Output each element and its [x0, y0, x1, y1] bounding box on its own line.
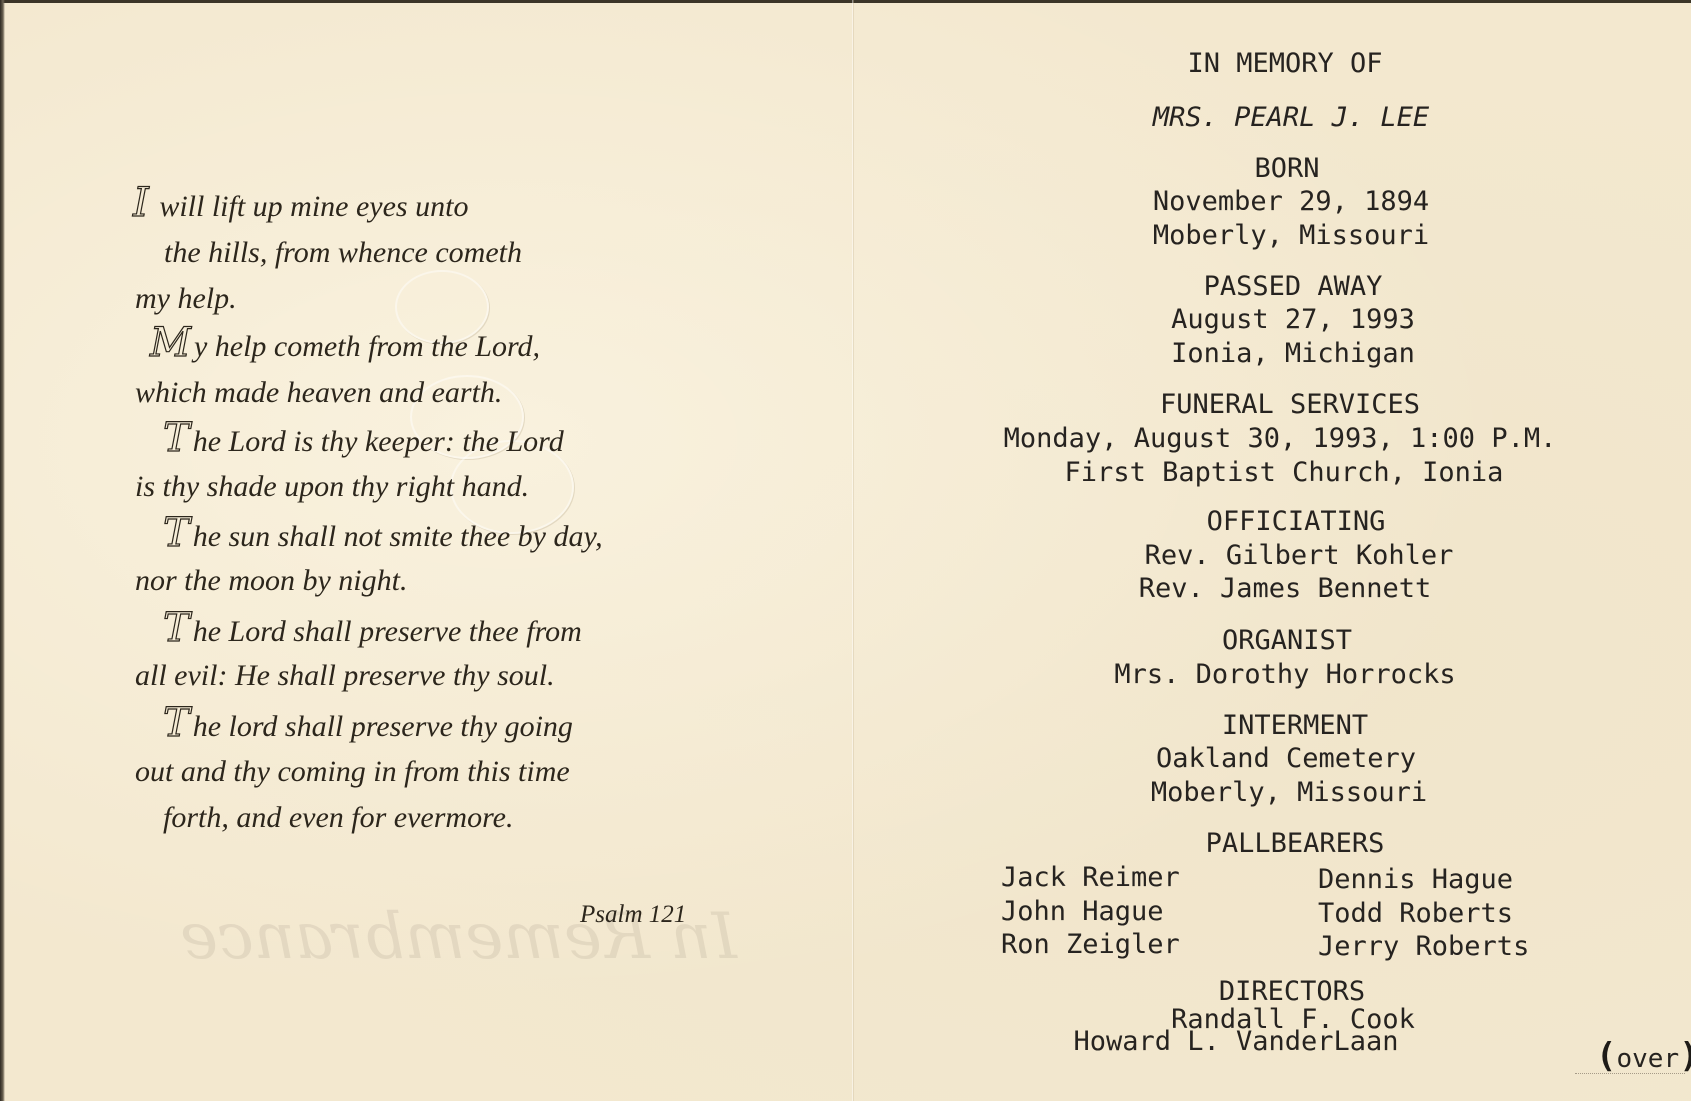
poem-line: which made heaven and earth. [135, 378, 502, 408]
born-label: BORN [1254, 155, 1319, 182]
passed-away-place: Ionia, Michigan [1171, 340, 1415, 367]
pallbearer-name: Jack Reimer [1001, 864, 1180, 891]
poem-line: out and thy coming in from this time [135, 757, 570, 787]
pallbearers-label: PALLBEARERS [1206, 830, 1385, 857]
poem-line: is thy shade upon thy right hand. [135, 472, 529, 502]
center-fold-shadow [853, 0, 854, 1101]
decorative-initial: I [133, 180, 149, 226]
director-name: Howard L. VanderLaan [1073, 1028, 1398, 1055]
funeral-services-place: First Baptist Church, Ionia [1065, 459, 1504, 486]
directors-label: DIRECTORS [1219, 978, 1365, 1005]
psalm-citation: Psalm 121 [580, 901, 686, 929]
program-heading: IN MEMORY OF [1187, 50, 1382, 77]
poem-line: The lord shall preserve thy going [163, 703, 573, 743]
dotted-line [1575, 1073, 1685, 1074]
pallbearer-name: Todd Roberts [1318, 900, 1513, 927]
interment-label: INTERMENT [1222, 712, 1368, 739]
organist-label: ORGANIST [1222, 627, 1352, 654]
pallbearer-name: Jerry Roberts [1318, 933, 1529, 960]
over-label: over [1616, 1044, 1679, 1074]
decorative-initial: T [163, 510, 190, 556]
officiant-name: Rev. James Bennett [1139, 575, 1432, 602]
close-paren-mark: ) [1679, 1036, 1691, 1076]
organist-name: Mrs. Dorothy Horrocks [1114, 661, 1455, 688]
poem-line: the hills, from whence cometh [164, 238, 522, 268]
show-through-handwriting [1420, 160, 1670, 580]
pallbearer-name: John Hague [1001, 898, 1164, 925]
poem-line: forth, and even for evermore. [163, 803, 513, 833]
decorative-initial: T [163, 605, 190, 651]
born-place: Moberly, Missouri [1153, 222, 1429, 249]
pallbearer-name: Ron Zeigler [1001, 931, 1180, 958]
poem-line: The sun shall not smite thee by day, [163, 513, 603, 553]
funeral-services-datetime: Monday, August 30, 1993, 1:00 P.M. [1004, 425, 1557, 452]
poem-line: my help. [135, 284, 237, 314]
funeral-services-label: FUNERAL SERVICES [1160, 391, 1420, 418]
poem-line: nor the moon by night. [135, 566, 407, 596]
pallbearer-name: Dennis Hague [1318, 866, 1513, 893]
decorative-initial: T [163, 415, 190, 461]
poem-line: The Lord shall preserve thee from [163, 608, 582, 648]
poem-line: all evil: He shall preserve thy soul. [135, 661, 555, 691]
poem-line: My help cometh from the Lord, [150, 323, 540, 363]
deceased-name: MRS. PEARL J. LEE [1153, 104, 1429, 131]
over-page-indicator: (over) [1596, 1036, 1691, 1076]
interment-place: Moberly, Missouri [1151, 779, 1427, 806]
decorative-initial: T [163, 700, 190, 746]
passed-away-date: August 27, 1993 [1171, 306, 1415, 333]
poem-line: I will lift up mine eyes unto [133, 183, 468, 223]
poem-line: The Lord is thy keeper: the Lord [163, 418, 564, 458]
passed-away-label: PASSED AWAY [1204, 273, 1383, 300]
officiant-name: Rev. Gilbert Kohler [1145, 542, 1454, 569]
born-date: November 29, 1894 [1153, 188, 1429, 215]
paper-left-edge [0, 0, 5, 1101]
decorative-initial: M [150, 320, 191, 366]
open-paren-mark: ( [1596, 1036, 1616, 1076]
interment-cemetery: Oakland Cemetery [1156, 745, 1416, 772]
officiating-label: OFFICIATING [1207, 508, 1386, 535]
paper-top-edge [0, 0, 1691, 3]
